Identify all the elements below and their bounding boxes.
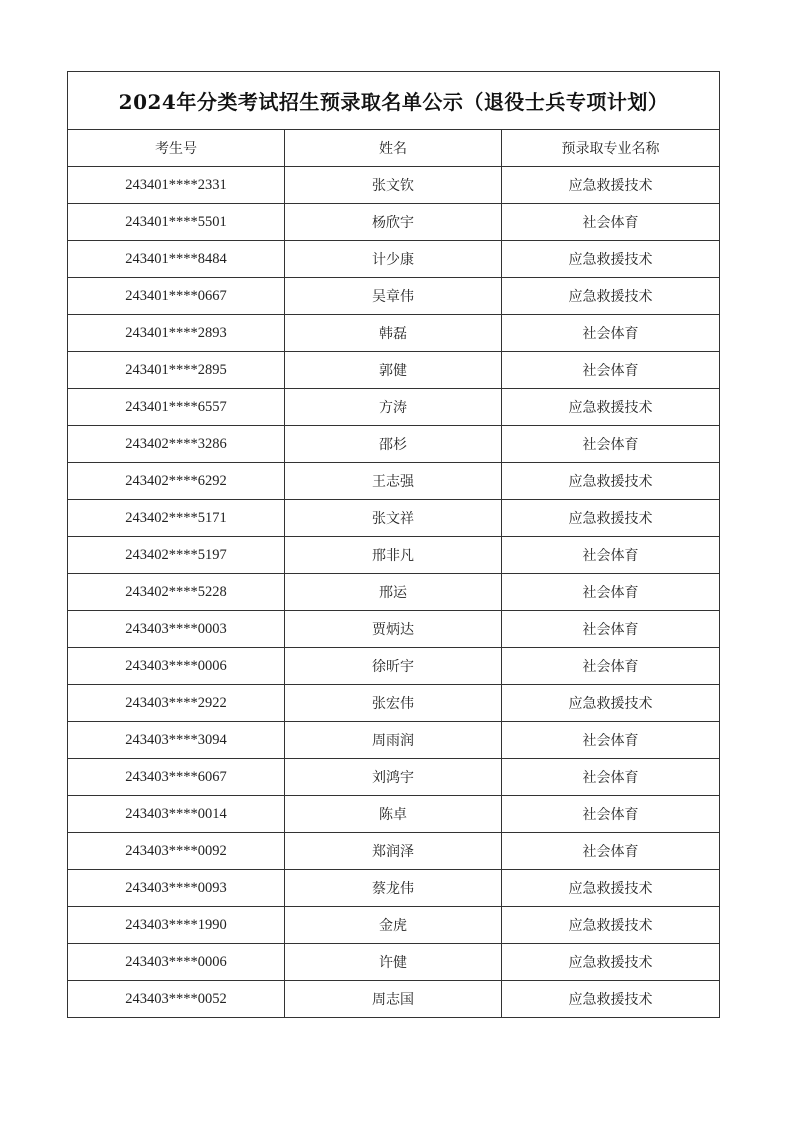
major-cell: 应急救援技术: [502, 389, 720, 426]
name-cell: 邵杉: [285, 426, 502, 463]
exam-id-cell: 243403****0006: [68, 648, 285, 685]
exam-id-cell: 243402****5197: [68, 537, 285, 574]
table-row: 243402****5171张文祥应急救援技术: [68, 500, 720, 537]
name-cell: 邢非凡: [285, 537, 502, 574]
name-cell: 韩磊: [285, 315, 502, 352]
exam-id-cell: 243401****8484: [68, 241, 285, 278]
exam-id-cell: 243403****0052: [68, 981, 285, 1018]
exam-id-cell: 243403****0093: [68, 870, 285, 907]
major-cell: 社会体育: [502, 722, 720, 759]
column-header-exam-id: 考生号: [68, 130, 285, 167]
major-cell: 应急救援技术: [502, 981, 720, 1018]
table-header-row: 考生号 姓名 预录取专业名称: [68, 130, 720, 167]
name-cell: 陈卓: [285, 796, 502, 833]
exam-id-cell: 243403****0092: [68, 833, 285, 870]
name-cell: 吴章伟: [285, 278, 502, 315]
name-cell: 周志国: [285, 981, 502, 1018]
table-row: 243401****5501杨欣宇社会体育: [68, 204, 720, 241]
name-cell: 郭健: [285, 352, 502, 389]
table-row: 243402****5228邢运社会体育: [68, 574, 720, 611]
name-cell: 计少康: [285, 241, 502, 278]
exam-id-cell: 243403****2922: [68, 685, 285, 722]
table-row: 243403****6067刘鸿宇社会体育: [68, 759, 720, 796]
name-cell: 张宏伟: [285, 685, 502, 722]
column-header-major: 预录取专业名称: [502, 130, 720, 167]
major-cell: 社会体育: [502, 315, 720, 352]
exam-id-cell: 243401****2331: [68, 167, 285, 204]
table-row: 243401****2895郭健社会体育: [68, 352, 720, 389]
name-cell: 贾炳达: [285, 611, 502, 648]
table-row: 243402****5197邢非凡社会体育: [68, 537, 720, 574]
table-row: 243401****6557方涛应急救援技术: [68, 389, 720, 426]
major-cell: 应急救援技术: [502, 907, 720, 944]
name-cell: 周雨润: [285, 722, 502, 759]
document-title: 2024年分类考试招生预录取名单公示（退役士兵专项计划）: [68, 72, 720, 130]
major-cell: 社会体育: [502, 796, 720, 833]
exam-id-cell: 243401****5501: [68, 204, 285, 241]
major-cell: 应急救援技术: [502, 500, 720, 537]
table-row: 243401****8484计少康应急救援技术: [68, 241, 720, 278]
major-cell: 应急救援技术: [502, 685, 720, 722]
table-row: 243402****6292王志强应急救援技术: [68, 463, 720, 500]
column-header-name: 姓名: [285, 130, 502, 167]
major-cell: 应急救援技术: [502, 463, 720, 500]
table-row: 243403****0092郑润泽社会体育: [68, 833, 720, 870]
exam-id-cell: 243403****0014: [68, 796, 285, 833]
name-cell: 邢运: [285, 574, 502, 611]
name-cell: 徐昕宇: [285, 648, 502, 685]
major-cell: 社会体育: [502, 204, 720, 241]
exam-id-cell: 243403****0003: [68, 611, 285, 648]
table-row: 243403****0003贾炳达社会体育: [68, 611, 720, 648]
exam-id-cell: 243401****6557: [68, 389, 285, 426]
major-cell: 社会体育: [502, 352, 720, 389]
major-cell: 社会体育: [502, 537, 720, 574]
table-row: 243403****0006徐昕宇社会体育: [68, 648, 720, 685]
name-cell: 张文钦: [285, 167, 502, 204]
name-cell: 金虎: [285, 907, 502, 944]
exam-id-cell: 243403****3094: [68, 722, 285, 759]
name-cell: 郑润泽: [285, 833, 502, 870]
name-cell: 王志强: [285, 463, 502, 500]
table-row: 243401****0667吴章伟应急救援技术: [68, 278, 720, 315]
exam-id-cell: 243403****6067: [68, 759, 285, 796]
major-cell: 应急救援技术: [502, 944, 720, 981]
table-row: 243403****2922张宏伟应急救援技术: [68, 685, 720, 722]
table-row: 243402****3286邵杉社会体育: [68, 426, 720, 463]
name-cell: 方涛: [285, 389, 502, 426]
major-cell: 应急救援技术: [502, 870, 720, 907]
table-row: 243403****0052周志国应急救援技术: [68, 981, 720, 1018]
exam-id-cell: 243401****2893: [68, 315, 285, 352]
exam-id-cell: 243401****2895: [68, 352, 285, 389]
exam-id-cell: 243403****1990: [68, 907, 285, 944]
exam-id-cell: 243403****0006: [68, 944, 285, 981]
major-cell: 社会体育: [502, 574, 720, 611]
name-cell: 刘鸿宇: [285, 759, 502, 796]
major-cell: 社会体育: [502, 611, 720, 648]
name-cell: 张文祥: [285, 500, 502, 537]
table-row: 243403****0093蔡龙伟应急救援技术: [68, 870, 720, 907]
table-row: 243401****2893韩磊社会体育: [68, 315, 720, 352]
exam-id-cell: 243402****6292: [68, 463, 285, 500]
major-cell: 应急救援技术: [502, 278, 720, 315]
name-cell: 杨欣宇: [285, 204, 502, 241]
major-cell: 社会体育: [502, 648, 720, 685]
admission-list-table: 2024年分类考试招生预录取名单公示（退役士兵专项计划） 考生号 姓名 预录取专…: [67, 71, 720, 1018]
exam-id-cell: 243402****5171: [68, 500, 285, 537]
table-row: 243403****3094周雨润社会体育: [68, 722, 720, 759]
major-cell: 社会体育: [502, 833, 720, 870]
name-cell: 许健: [285, 944, 502, 981]
table-row: 243401****2331张文钦应急救援技术: [68, 167, 720, 204]
name-cell: 蔡龙伟: [285, 870, 502, 907]
table-row: 243403****1990金虎应急救援技术: [68, 907, 720, 944]
major-cell: 应急救援技术: [502, 241, 720, 278]
table-row: 243403****0006许健应急救援技术: [68, 944, 720, 981]
major-cell: 社会体育: [502, 426, 720, 463]
exam-id-cell: 243401****0667: [68, 278, 285, 315]
major-cell: 社会体育: [502, 759, 720, 796]
major-cell: 应急救援技术: [502, 167, 720, 204]
exam-id-cell: 243402****3286: [68, 426, 285, 463]
table-row: 243403****0014陈卓社会体育: [68, 796, 720, 833]
exam-id-cell: 243402****5228: [68, 574, 285, 611]
